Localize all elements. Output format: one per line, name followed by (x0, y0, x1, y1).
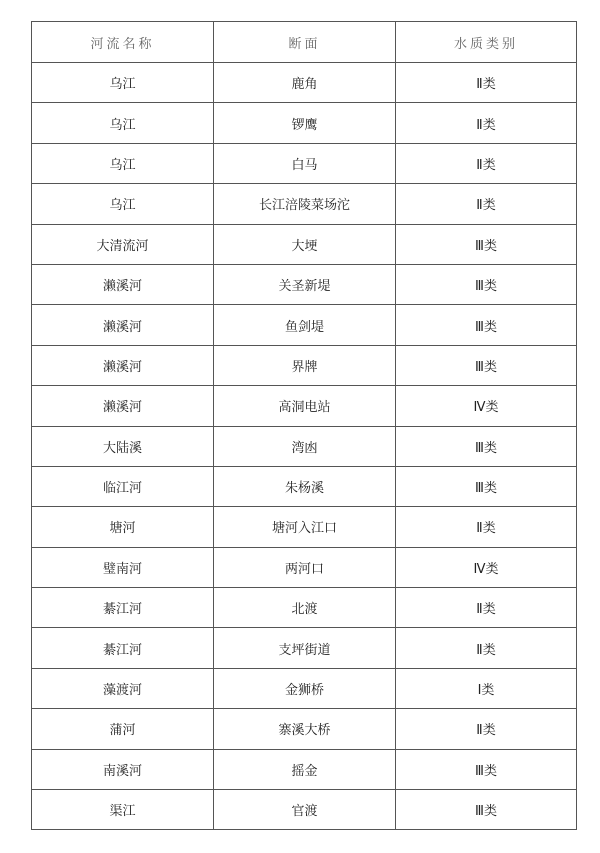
cell-water-quality-class: Ⅳ类 (396, 547, 577, 587)
cell-river-name: 塘河 (32, 507, 214, 547)
cell-river-name: 蒲河 (32, 709, 214, 749)
cell-river-name: 濑溪河 (32, 386, 214, 426)
cell-section: 支坪街道 (214, 628, 396, 668)
cell-section: 摇金 (214, 749, 396, 789)
cell-river-name: 大清流河 (32, 224, 214, 264)
cell-water-quality-class: Ⅲ类 (396, 224, 577, 264)
cell-river-name: 乌江 (32, 63, 214, 103)
cell-section: 高洞电站 (214, 386, 396, 426)
cell-river-name: 大陆溪 (32, 426, 214, 466)
cell-river-name: 綦江河 (32, 588, 214, 628)
table-row: 临江河朱杨溪Ⅲ类 (32, 466, 577, 506)
cell-water-quality-class: Ⅲ类 (396, 305, 577, 345)
table-row: 南溪河摇金Ⅲ类 (32, 749, 577, 789)
table-row: 塘河塘河入江口Ⅱ类 (32, 507, 577, 547)
table-row: 綦江河支坪街道Ⅱ类 (32, 628, 577, 668)
cell-section: 鹿角 (214, 63, 396, 103)
cell-water-quality-class: Ⅱ类 (396, 103, 577, 143)
cell-water-quality-class: Ⅲ类 (396, 466, 577, 506)
cell-water-quality-class: Ⅲ类 (396, 345, 577, 385)
cell-river-name: 乌江 (32, 143, 214, 183)
cell-water-quality-class: Ⅱ类 (396, 628, 577, 668)
header-river-name: 河流名称 (32, 22, 214, 63)
cell-section: 关圣新堤 (214, 264, 396, 304)
table-row: 大清流河大埂Ⅲ类 (32, 224, 577, 264)
cell-water-quality-class: Ⅱ类 (396, 143, 577, 183)
cell-section: 寨溪大桥 (214, 709, 396, 749)
cell-water-quality-class: Ⅱ类 (396, 588, 577, 628)
cell-river-name: 綦江河 (32, 628, 214, 668)
cell-river-name: 渠江 (32, 790, 214, 830)
table-row: 濑溪河高洞电站Ⅳ类 (32, 386, 577, 426)
table-row: 濑溪河鱼剑堤Ⅲ类 (32, 305, 577, 345)
cell-river-name: 藻渡河 (32, 668, 214, 708)
table-row: 乌江锣鹰Ⅱ类 (32, 103, 577, 143)
cell-water-quality-class: Ⅱ类 (396, 507, 577, 547)
water-quality-table: 河流名称 断面 水质类别 乌江鹿角Ⅱ类乌江锣鹰Ⅱ类乌江白马Ⅱ类乌江长江涪陵菜场沱… (31, 21, 577, 830)
cell-water-quality-class: Ⅲ类 (396, 426, 577, 466)
cell-water-quality-class: Ⅱ类 (396, 184, 577, 224)
cell-section: 塘河入江口 (214, 507, 396, 547)
table-row: 藻渡河金狮桥Ⅰ类 (32, 668, 577, 708)
cell-section: 金狮桥 (214, 668, 396, 708)
cell-section: 大埂 (214, 224, 396, 264)
cell-river-name: 濑溪河 (32, 264, 214, 304)
table-row: 蒲河寨溪大桥Ⅱ类 (32, 709, 577, 749)
cell-water-quality-class: Ⅲ类 (396, 264, 577, 304)
cell-river-name: 濑溪河 (32, 345, 214, 385)
cell-section: 朱杨溪 (214, 466, 396, 506)
cell-section: 锣鹰 (214, 103, 396, 143)
header-row: 河流名称 断面 水质类别 (32, 22, 577, 63)
table-row: 濑溪河关圣新堤Ⅲ类 (32, 264, 577, 304)
header-water-quality-class: 水质类别 (396, 22, 577, 63)
cell-section: 鱼剑堤 (214, 305, 396, 345)
cell-section: 湾凼 (214, 426, 396, 466)
cell-water-quality-class: Ⅲ类 (396, 749, 577, 789)
cell-river-name: 南溪河 (32, 749, 214, 789)
table-row: 乌江长江涪陵菜场沱Ⅱ类 (32, 184, 577, 224)
cell-section: 长江涪陵菜场沱 (214, 184, 396, 224)
cell-river-name: 濑溪河 (32, 305, 214, 345)
table-row: 乌江鹿角Ⅱ类 (32, 63, 577, 103)
table-row: 乌江白马Ⅱ类 (32, 143, 577, 183)
table-row: 大陆溪湾凼Ⅲ类 (32, 426, 577, 466)
cell-river-name: 临江河 (32, 466, 214, 506)
cell-water-quality-class: Ⅰ类 (396, 668, 577, 708)
cell-river-name: 乌江 (32, 103, 214, 143)
cell-section: 白马 (214, 143, 396, 183)
cell-section: 界牌 (214, 345, 396, 385)
cell-water-quality-class: Ⅱ类 (396, 63, 577, 103)
cell-water-quality-class: Ⅳ类 (396, 386, 577, 426)
cell-water-quality-class: Ⅲ类 (396, 790, 577, 830)
table-row: 渠江官渡Ⅲ类 (32, 790, 577, 830)
header-section: 断面 (214, 22, 396, 63)
cell-section: 官渡 (214, 790, 396, 830)
cell-water-quality-class: Ⅱ类 (396, 709, 577, 749)
table-row: 綦江河北渡Ⅱ类 (32, 588, 577, 628)
cell-section: 北渡 (214, 588, 396, 628)
cell-river-name: 璧南河 (32, 547, 214, 587)
cell-section: 两河口 (214, 547, 396, 587)
cell-river-name: 乌江 (32, 184, 214, 224)
table-row: 璧南河两河口Ⅳ类 (32, 547, 577, 587)
table-row: 濑溪河界牌Ⅲ类 (32, 345, 577, 385)
